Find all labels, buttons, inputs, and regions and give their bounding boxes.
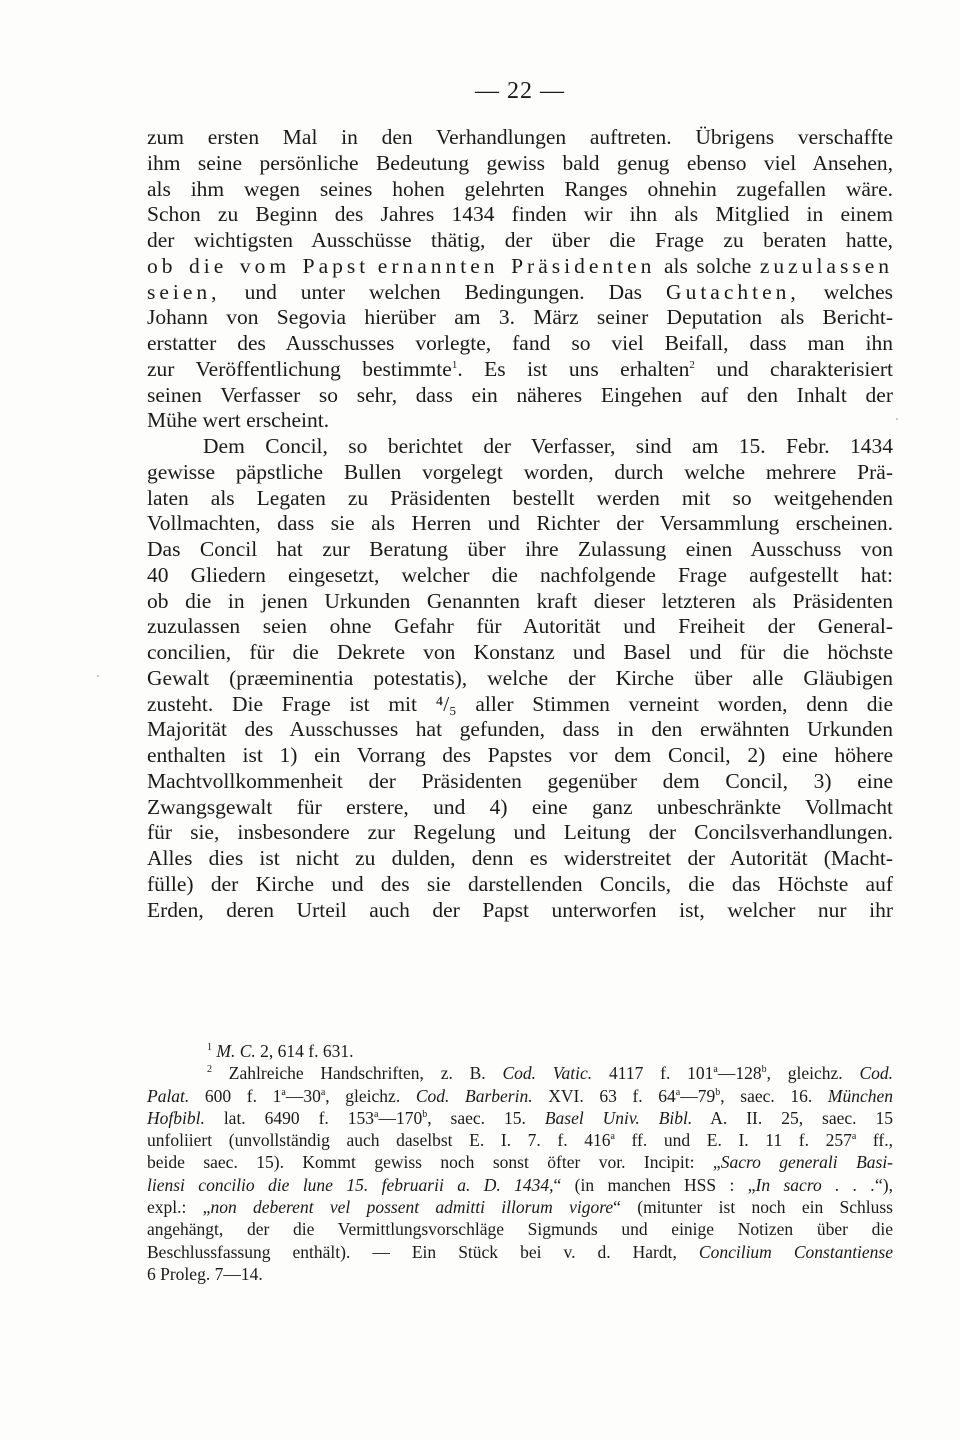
text-line: seinen Verfasser so sehr, dass ein näher… [147, 383, 893, 409]
italic-ref: Cod. Vatic. [502, 1063, 592, 1083]
text-line: Das Concil hat zur Beratung über ihre Zu… [147, 537, 893, 563]
text-run: —128 [718, 1063, 762, 1083]
text-run: , gleichz. [325, 1086, 416, 1106]
text-run: zur Veröffentlichung bestimmte [147, 357, 452, 381]
text-line: für sie, insbesondere zur Regelung und L… [147, 820, 893, 846]
text-line: zuzulassen seien ohne Gefahr für Autorit… [147, 614, 893, 640]
text-run: —170 [378, 1108, 422, 1128]
italic-ref: Cod. [859, 1063, 893, 1083]
footnote-2-line: liensi concilio die lune 15. februarii a… [147, 1174, 893, 1196]
italic-ref: Concilium Constantiense [699, 1242, 893, 1262]
text-run: beide saec. 15). Kommt gewiss noch sonst… [147, 1152, 721, 1172]
text-run: Beschlussfassung enthält). — Ein Stück b… [147, 1242, 699, 1262]
spaced-text: zuzulassen [760, 254, 893, 278]
italic-quote: liensi concilio die lune 15. februarii a… [147, 1175, 554, 1195]
text-line: laten als Legaten zu Präsidenten bestell… [147, 486, 893, 512]
text-line: Zwangsgewalt für erstere, und 4) eine ga… [147, 795, 893, 821]
scan-speck [896, 418, 898, 420]
text-line: zusteht. Die Frage ist mit ⁴/₅ aller Sti… [147, 692, 893, 718]
footnote-2-line: 2 Zahlreiche Handschriften, z. B. Cod. V… [147, 1062, 893, 1084]
text-line: der wichtigsten Ausschüsse thätig, der ü… [147, 228, 893, 254]
text-line: zum ersten Mal in den Verhandlungen auft… [147, 125, 893, 151]
text-line: Johann von Segovia hierüber am 3. März s… [147, 305, 893, 331]
text-run: “ (mitunter ist noch ein Schluss [613, 1197, 893, 1217]
text-run: lat. 6490 f. 153 [205, 1108, 374, 1128]
spaced-text: Gutachten, [666, 280, 800, 304]
text-run: expl.: „ [147, 1197, 210, 1217]
text-line: enthalten ist 1) ein Vorrang des Papstes… [147, 743, 893, 769]
text-run: 2, 614 f. 631. [256, 1041, 354, 1061]
text-line: ob die in jenen Urkunden Genannten kraft… [147, 589, 893, 615]
spaced-text: ernannten Präsidenten [378, 254, 656, 278]
italic-quote: In sacro . . . [756, 1175, 875, 1195]
footnotes: 1 M. C. 2, 614 f. 631. 2 Zahlreiche Hand… [147, 1040, 893, 1285]
footnote-2-line: Palat. 600 f. 1a—30a, gleichz. Cod. Barb… [147, 1085, 893, 1107]
text-line: gewisse päpstliche Bullen vorgelegt word… [147, 460, 893, 486]
text-line: als ihm wegen seines hohen gelehrten Ran… [147, 177, 893, 203]
spaced-text: seien, [147, 280, 221, 304]
footnote-2-line: Beschlussfassung enthält). — Ein Stück b… [147, 1241, 893, 1263]
italic-ref: München [828, 1086, 893, 1106]
text-run: . Es ist uns erhalten [457, 357, 689, 381]
text-line: Erden, deren Urteil auch der Papst unter… [147, 898, 893, 924]
text-line: Gewalt (præeminentia potestatis), welche… [147, 666, 893, 692]
document-page: — 22 — zum ersten Mal in den Verhandlung… [0, 0, 960, 1440]
footnote-2-line: Hofbibl. lat. 6490 f. 153a—170b, saec. 1… [147, 1107, 893, 1129]
text-run: zusteht. Die Frage ist mit [147, 692, 417, 716]
italic-ref: Cod. Barberin. [416, 1086, 533, 1106]
text-run: “), [875, 1175, 893, 1195]
text-run: , saec. 16. [720, 1086, 828, 1106]
text-run: A. II. 25, saec. 15 [692, 1108, 893, 1128]
text-run: und unter welchen Bedingungen. Das [245, 280, 642, 304]
text-run: —79 [680, 1086, 715, 1106]
text-line: Mühe wert erscheint. [147, 408, 893, 434]
footnote-2-line: expl.: „non deberent vel possent admitti… [147, 1196, 893, 1218]
paragraph-start-line: Dem Concil, so berichtet der Verfasser, … [147, 434, 893, 460]
text-run: Zahlreiche Handschriften, z. B. [229, 1063, 503, 1083]
text-run: , saec. 15. [427, 1108, 545, 1128]
text-line: seien, und unter welchen Bedingungen. Da… [147, 280, 893, 306]
footnote-number: 1 [207, 1042, 212, 1053]
text-line: Vollmachten, dass sie als Herren und Ric… [147, 511, 893, 537]
text-line: zur Veröffentlichung bestimmte1. Es ist … [147, 357, 893, 383]
text-line: erstatter des Ausschusses vorlegte, fand… [147, 331, 893, 357]
page-number: — 22 — [0, 78, 960, 105]
text-line: Majorität des Ausschusses hat gefunden, … [147, 717, 893, 743]
footnote-ref-2[interactable]: 2 [689, 359, 695, 371]
text-run: XVI. 63 f. 64 [533, 1086, 676, 1106]
footnote-2-line: 6 Proleg. 7—14. [147, 1263, 893, 1285]
text-run: “ (in manchen HSS : „ [554, 1175, 756, 1195]
text-run: aller Stimmen verneint worden, denn die [475, 692, 893, 716]
text-line: ihm seine persönliche Bedeutung gewiss b… [147, 151, 893, 177]
text-run: als solche [664, 254, 751, 278]
spaced-text: ob die vom Papst [147, 254, 369, 278]
italic-ref: Palat. [147, 1086, 189, 1106]
italic-ref: Basel Univ. Bibl. [545, 1108, 692, 1128]
italic-quote: non deberent vel possent admitti illorum… [210, 1197, 613, 1217]
text-run: welches [824, 280, 893, 304]
text-line: concilien, für die Dekrete von Konstanz … [147, 640, 893, 666]
italic-quote: Sacro generali Basi- [721, 1152, 893, 1172]
body-text: zum ersten Mal in den Verhandlungen auft… [147, 125, 893, 923]
text-run: , gleichz. [767, 1063, 860, 1083]
footnote-2-line: beide saec. 15). Kommt gewiss noch sonst… [147, 1151, 893, 1173]
italic-ref: M. C. [216, 1041, 255, 1061]
footnote-2-line: angehängt, der die Vermittlungsvorschläg… [147, 1218, 893, 1240]
text-line: ob die vom Papst ernannten Präsidenten a… [147, 254, 893, 280]
text-run: 600 f. 1 [189, 1086, 281, 1106]
text-run: und charakterisiert [716, 357, 893, 381]
text-run: unfoliiert (unvollständig auch daselbst … [147, 1130, 610, 1150]
text-run: ff. und E. I. 11 f. 257 [615, 1130, 852, 1150]
scan-speck [97, 675, 99, 677]
italic-ref: Hofbibl. [147, 1108, 205, 1128]
footnote-2-line: unfoliiert (unvollständig auch daselbst … [147, 1129, 893, 1151]
text-line: Machtvollkommenheit der Präsidenten gege… [147, 769, 893, 795]
text-run: —30 [286, 1086, 321, 1106]
text-line: fülle) der Kirche und des sie darstellen… [147, 872, 893, 898]
text-line: Schon zu Beginn des Jahres 1434 finden w… [147, 202, 893, 228]
text-run: 4117 f. 101 [592, 1063, 713, 1083]
fraction: ⁴/₅ [436, 692, 457, 716]
text-run: ff., [856, 1130, 893, 1150]
footnote-number: 2 [207, 1064, 212, 1075]
footnote-1: 1 M. C. 2, 614 f. 631. [147, 1040, 893, 1062]
text-line: 40 Gliedern eingesetzt, welcher die nach… [147, 563, 893, 589]
text-line: Alles dies ist nicht zu dulden, denn es … [147, 846, 893, 872]
